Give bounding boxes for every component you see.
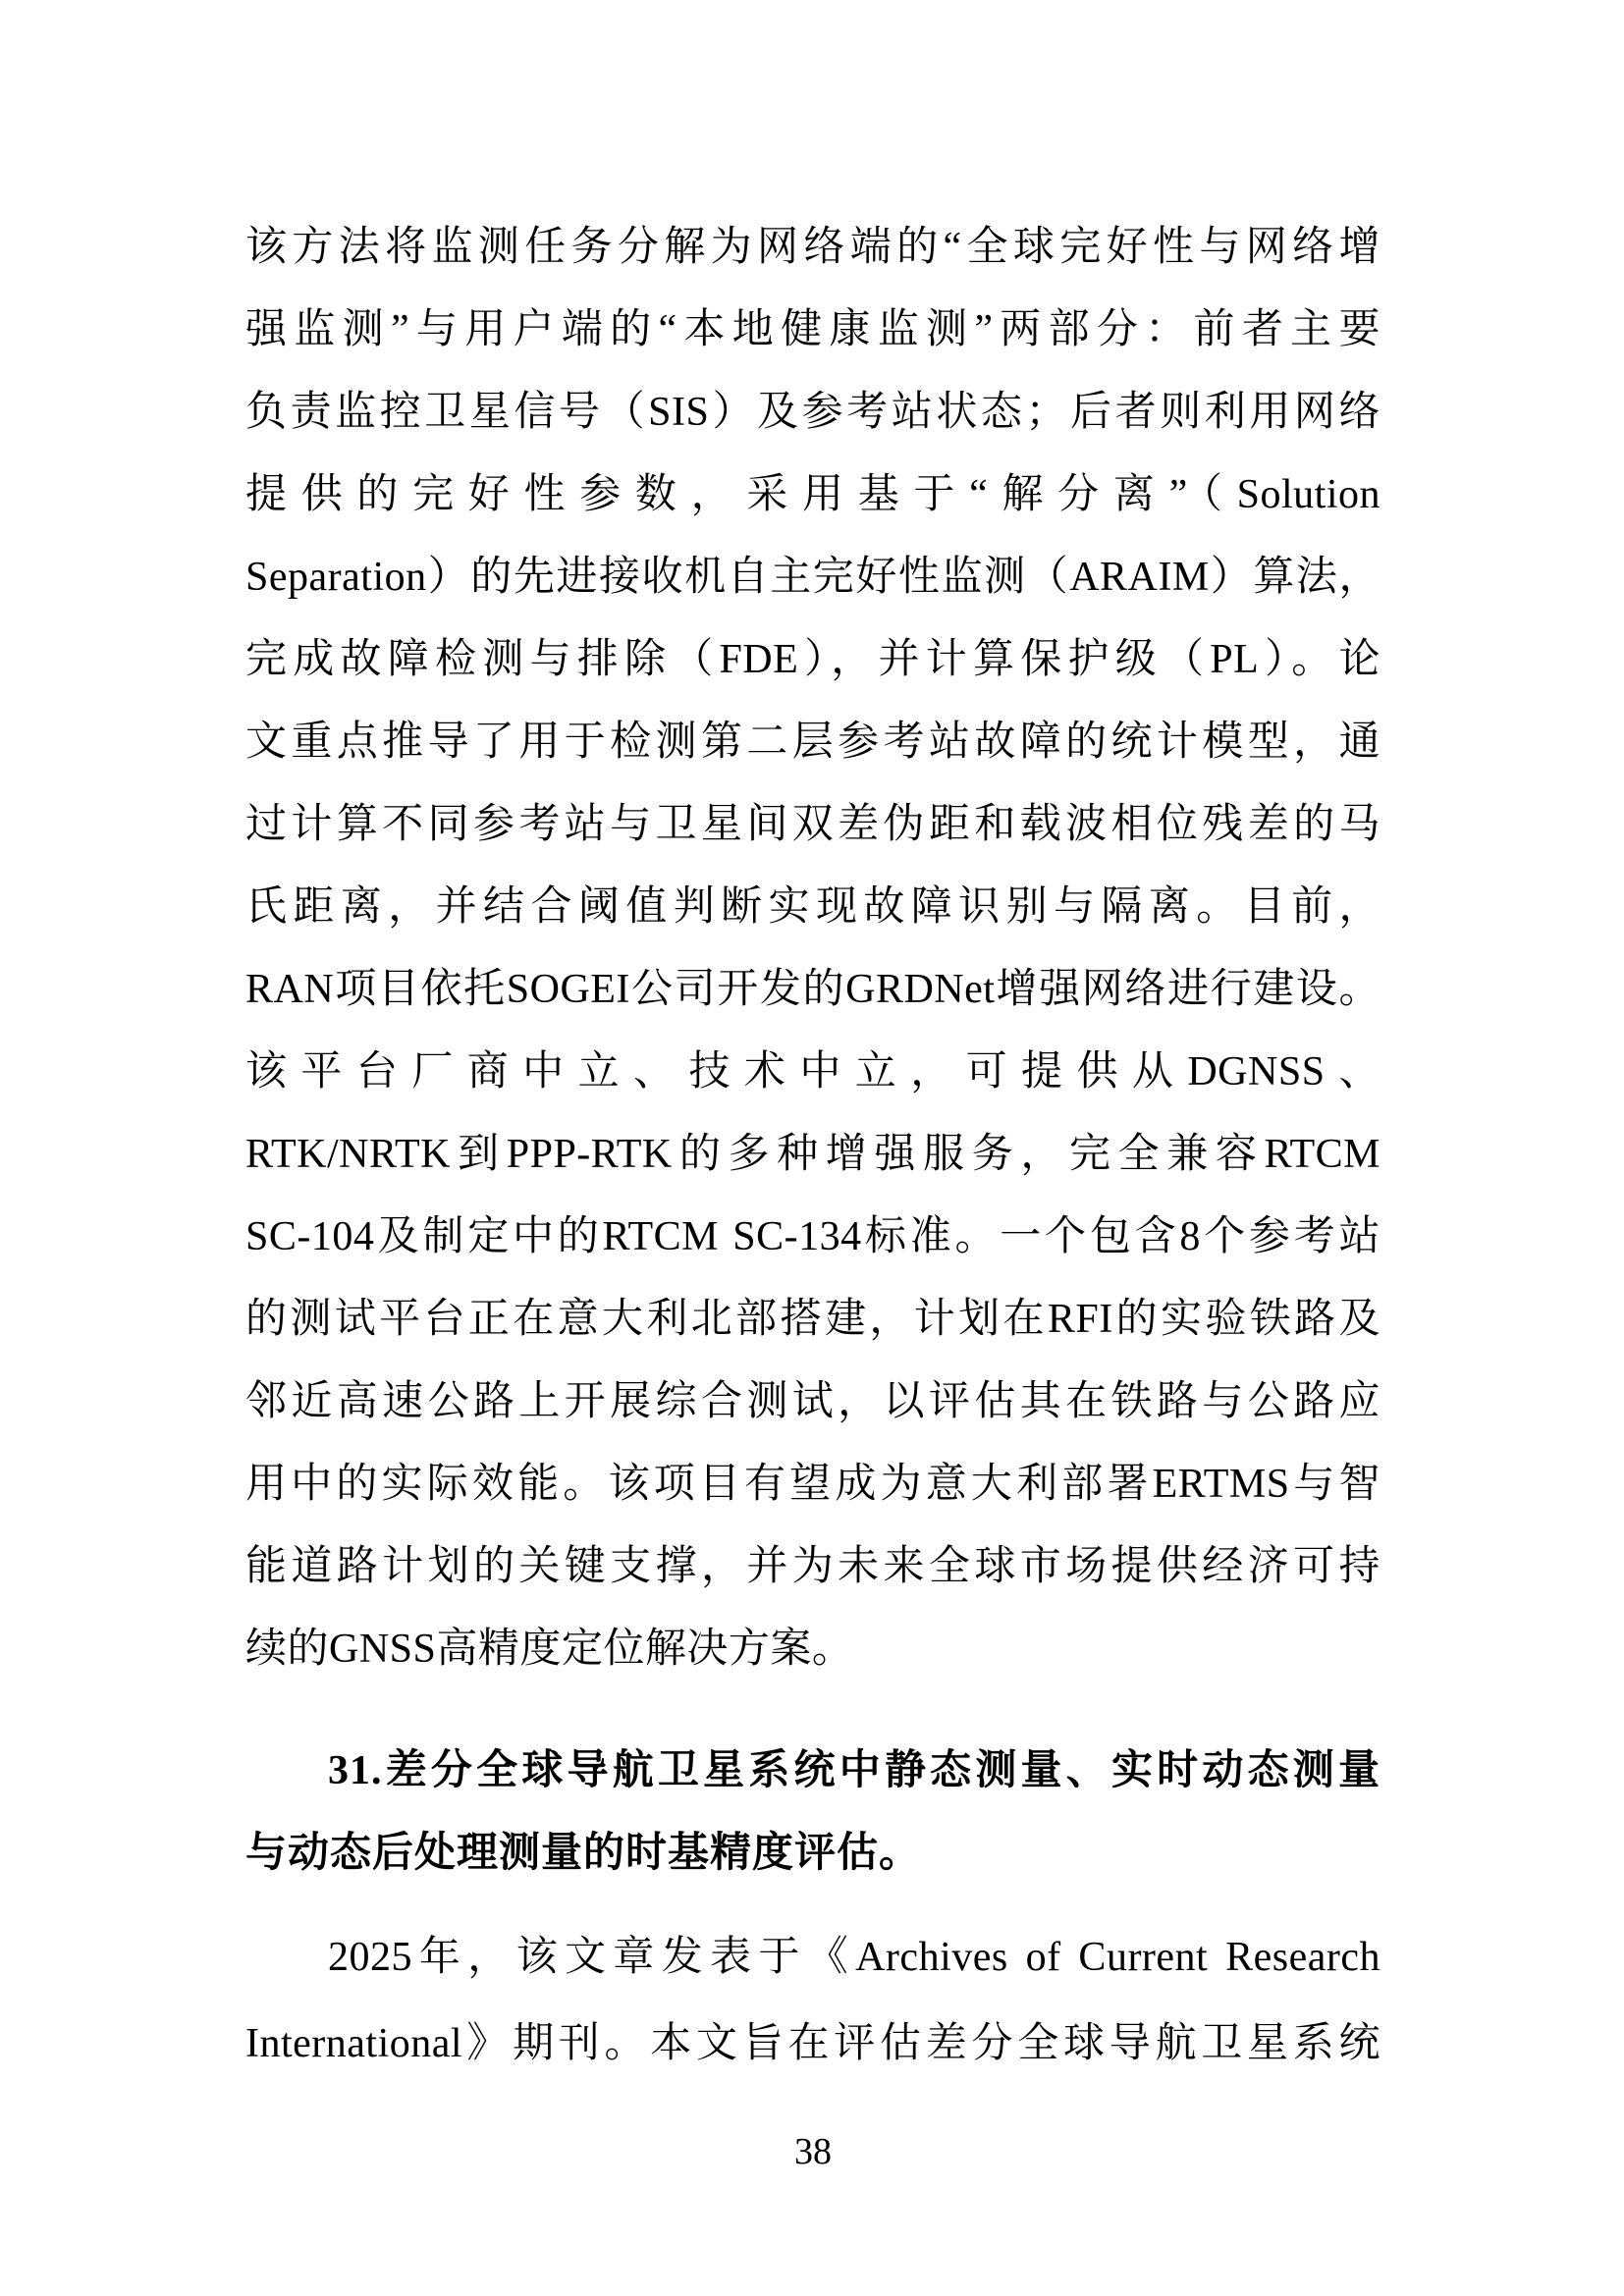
- body-line: 完成故障检测与排除（FDE），并计算保护级（PL）。论: [245, 618, 1380, 701]
- body-line: 负责监控卫星信号（SIS）及参考站状态；后者则利用网络: [245, 371, 1380, 454]
- body-line: Separation）的先进接收机自主完好性监测（ARAIM）算法，: [245, 536, 1380, 618]
- document-page: 该方法将监测任务分解为网络端的“全球完好性与网络增 强监测”与用户端的“本地健康…: [0, 0, 1624, 2296]
- body-line: 该平台厂商中立、技术中立，可提供从DGNSS、: [245, 1031, 1380, 1113]
- body-line: 续的GNSS高精度定位解决方案。: [245, 1608, 1380, 1690]
- body-line: 该方法将监测任务分解为网络端的“全球完好性与网络增: [245, 206, 1380, 289]
- body-line: 强监测”与用户端的“本地健康监测”两部分：前者主要: [245, 289, 1380, 371]
- page-number: 38: [245, 2128, 1380, 2175]
- body-line: 提供的完好性参数，采用基于“解分离”（Solution: [245, 454, 1380, 536]
- body-line: 用中的实际效能。该项目有望成为意大利部署ERTMS与智: [245, 1443, 1380, 1525]
- body-line: International》期刊。本文旨在评估差分全球导航卫星系统: [245, 2001, 1380, 2087]
- body-line: RAN项目依托SOGEI公司开发的GRDNet增强网络进行建设。: [245, 948, 1380, 1031]
- text-block: 该方法将监测任务分解为网络端的“全球完好性与网络增 强监测”与用户端的“本地健康…: [245, 206, 1380, 2087]
- section-heading: 31.差分全球导航卫星系统中静态测量、实时动态测量 与动态后处理测量的时基精度评…: [245, 1730, 1380, 1895]
- body-line: SC-104及制定中的RTCM SC-134标准。一个包含8个参考站: [245, 1196, 1380, 1278]
- body-line: 邻近高速公路上开展综合测试，以评估其在铁路与公路应: [245, 1361, 1380, 1443]
- body-line: 过计算不同参考站与卫星间双差伪距和载波相位残差的马: [245, 783, 1380, 866]
- heading-line: 31.差分全球导航卫星系统中静态测量、实时动态测量: [245, 1730, 1380, 1812]
- body-line: 氏距离，并结合阈值判断实现故障识别与隔离。目前，: [245, 866, 1380, 948]
- paragraph: 2025年，该文章发表于《Archives of Current Researc…: [245, 1914, 1380, 2087]
- body-line: 2025年，该文章发表于《Archives of Current Researc…: [245, 1914, 1380, 2001]
- paragraph-continuation: 该方法将监测任务分解为网络端的“全球完好性与网络增 强监测”与用户端的“本地健康…: [245, 206, 1380, 1690]
- heading-line: 与动态后处理测量的时基精度评估。: [245, 1812, 1380, 1895]
- body-line: RTK/NRTK到PPP-RTK的多种增强服务，完全兼容RTCM: [245, 1113, 1380, 1196]
- body-line: 能道路计划的关键支撑，并为未来全球市场提供经济可持: [245, 1525, 1380, 1608]
- body-line: 文重点推导了用于检测第二层参考站故障的统计模型，通: [245, 701, 1380, 783]
- body-line: 的测试平台正在意大利北部搭建，计划在RFI的实验铁路及: [245, 1278, 1380, 1361]
